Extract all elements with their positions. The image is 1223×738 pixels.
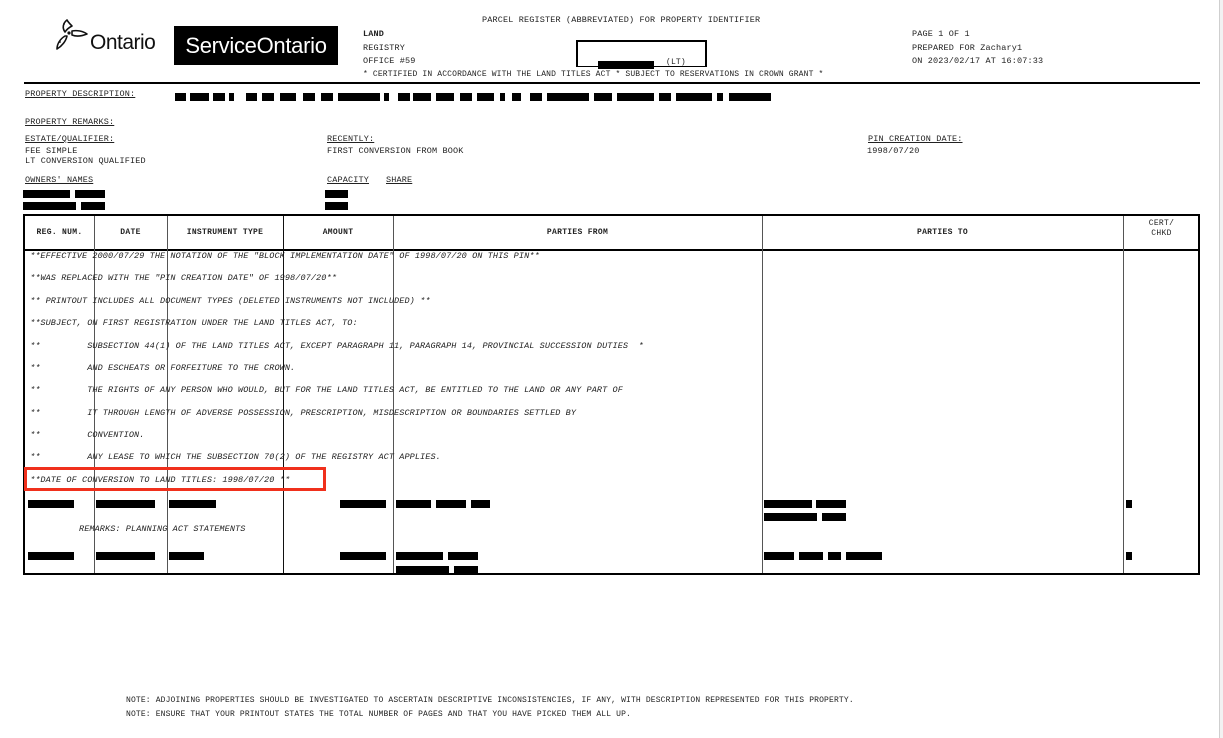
table-note-row: ** AND ESCHEATS OR FORFEITURE TO THE CRO… <box>30 363 295 373</box>
column-header-amount: AMOUNT <box>283 228 393 237</box>
column-header-reg-num: REG. NUM. <box>25 228 94 237</box>
table-note-row: ** IT THROUGH LENGTH OF ADVERSE POSSESSI… <box>30 408 576 418</box>
prepared-on: ON 2023/02/17 AT 16:07:33 <box>912 56 1043 66</box>
table-note-row: ** CONVENTION. <box>30 430 144 440</box>
footer-note-2: NOTE: ENSURE THAT YOUR PRINTOUT STATES T… <box>126 710 631 720</box>
highlight-annotation-box <box>24 467 326 491</box>
property-identifier-box: (LT) <box>576 40 707 67</box>
trillium-icon <box>53 17 89 53</box>
estate-value-1: FEE SIMPLE <box>25 146 78 156</box>
recently-value: FIRST CONVERSION FROM BOOK <box>327 146 464 156</box>
column-header-parties-from: PARTIES FROM <box>393 228 762 237</box>
owners-names-label: OWNERS' NAMES <box>25 175 93 185</box>
certification-line: * CERTIFIED IN ACCORDANCE WITH THE LAND … <box>363 70 823 80</box>
table-note-row: ** THE RIGHTS OF ANY PERSON WHO WOULD, B… <box>30 385 623 395</box>
table-note-row: **WAS REPLACED WITH THE "PIN CREATION DA… <box>30 273 337 283</box>
property-description-label: PROPERTY DESCRIPTION: <box>25 89 135 99</box>
page-number: PAGE 1 OF 1 <box>912 29 970 39</box>
redacted-pin <box>598 61 654 69</box>
remarks-planning-act: REMARKS: PLANNING ACT STATEMENTS <box>79 524 245 534</box>
table-note-row: **EFFECTIVE 2000/07/29 THE NOTATION OF T… <box>30 251 540 261</box>
table-note-row: ** SUBSECTION 44(1) OF THE LAND TITLES A… <box>30 341 644 351</box>
column-header-cert-chkd: CERT/ CHKD <box>1123 219 1200 239</box>
capacity-label: CAPACITY <box>327 175 369 185</box>
pin-creation-date-value: 1998/07/20 <box>867 146 920 156</box>
pin-creation-date-label: PIN CREATION DATE: <box>868 134 963 144</box>
property-remarks-label: PROPERTY REMARKS: <box>25 117 114 127</box>
table-note-row: **SUBJECT, ON FIRST REGISTRATION UNDER T… <box>30 318 358 328</box>
table-note-row: ** ANY LEASE TO WHICH THE SUBSECTION 70(… <box>30 452 441 462</box>
column-divider <box>762 216 763 573</box>
column-divider <box>1123 216 1124 573</box>
serviceontario-logo: ServiceOntario <box>174 26 338 65</box>
estate-qualifier-label: ESTATE/QUALIFIER: <box>25 134 114 144</box>
column-header-instrument-type: INSTRUMENT TYPE <box>167 228 283 237</box>
footer-note-1: NOTE: ADJOINING PROPERTIES SHOULD BE INV… <box>126 696 854 706</box>
document-title: PARCEL REGISTER (ABBREVIATED) FOR PROPER… <box>482 15 760 25</box>
office-line-2: REGISTRY <box>363 43 405 53</box>
office-line-1: LAND <box>363 29 384 39</box>
share-label: SHARE <box>386 175 412 185</box>
header-divider <box>24 82 1200 84</box>
pin-suffix: (LT) <box>666 58 686 68</box>
column-header-parties-to: PARTIES TO <box>762 228 1123 237</box>
column-header-date: DATE <box>94 228 167 237</box>
recently-label: RECENTLY: <box>327 134 374 144</box>
ontario-logo-text: Ontario <box>90 31 155 55</box>
prepared-for: PREPARED FOR Zachary1 <box>912 43 1022 53</box>
office-line-3: OFFICE #59 <box>363 56 416 66</box>
table-note-row: ** PRINTOUT INCLUDES ALL DOCUMENT TYPES … <box>30 296 430 306</box>
estate-value-2: LT CONVERSION QUALIFIED <box>25 156 146 166</box>
page-edge <box>1219 0 1223 738</box>
